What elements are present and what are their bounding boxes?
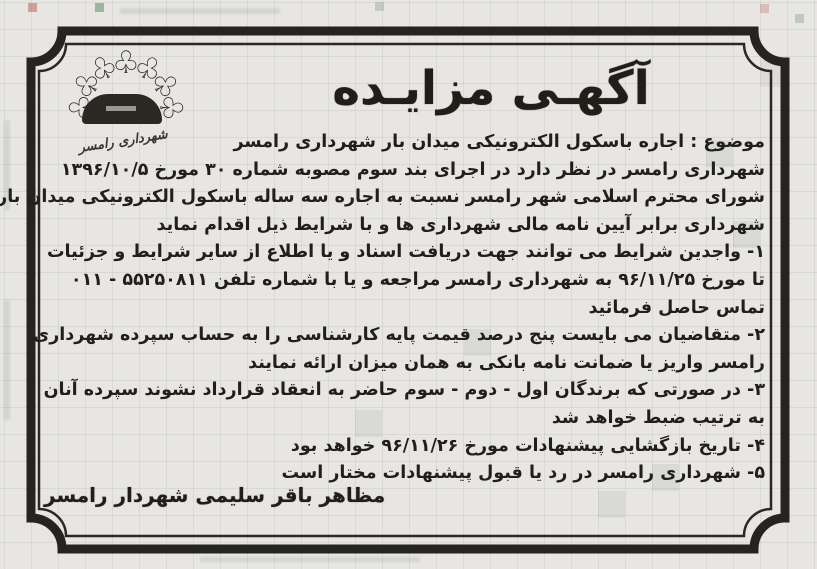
body-line: شهرداری رامسر در نظر دارد در اجرای بند س… <box>50 157 765 185</box>
list-item-4: ۴- تاریخ بازگشایی پیشنهادات مورخ ۹۶/۱۱/۲… <box>50 433 765 461</box>
notice-body: موضوع : اجاره باسکول الکترونیکی میدان با… <box>50 129 765 488</box>
list-item-3: ۳- در صورتی که برندگان اول - دوم - سوم ح… <box>50 377 765 405</box>
list-item-2-cont: رامسر واریز یا ضمانت نامه بانکی به همان … <box>50 350 765 378</box>
body-line: شورای محترم اسلامی شهر رامسر نسبت به اجا… <box>50 184 765 212</box>
body-line: شهرداری برابر آیین نامه مالی شهرداری ها … <box>50 212 765 240</box>
list-item-2: ۲- متقاضیان می بایست پنج درصد قیمت پایه … <box>50 322 765 350</box>
signature: مظاهر باقر سلیمی شهردار رامسر <box>44 483 385 507</box>
list-item-3-cont: به ترتیب ضبط خواهد شد <box>50 405 765 433</box>
emblem-mountain <box>82 94 162 124</box>
list-item-1: ۱- واجدین شرایط می توانند جهت دریافت اسن… <box>50 239 765 267</box>
list-item-1-cont: تماس حاصل فرمائید <box>50 295 765 323</box>
subject-line: موضوع : اجاره باسکول الکترونیکی میدان با… <box>50 129 765 157</box>
list-item-1-cont: تا مورخ ۹۶/۱۱/۲۵ به شهرداری رامسر مراجعه… <box>50 267 765 295</box>
notice-title: آگهـی مزایـده <box>210 52 772 124</box>
newspaper-page: { "page": { "kind": "scanned newspaper a… <box>0 0 817 569</box>
